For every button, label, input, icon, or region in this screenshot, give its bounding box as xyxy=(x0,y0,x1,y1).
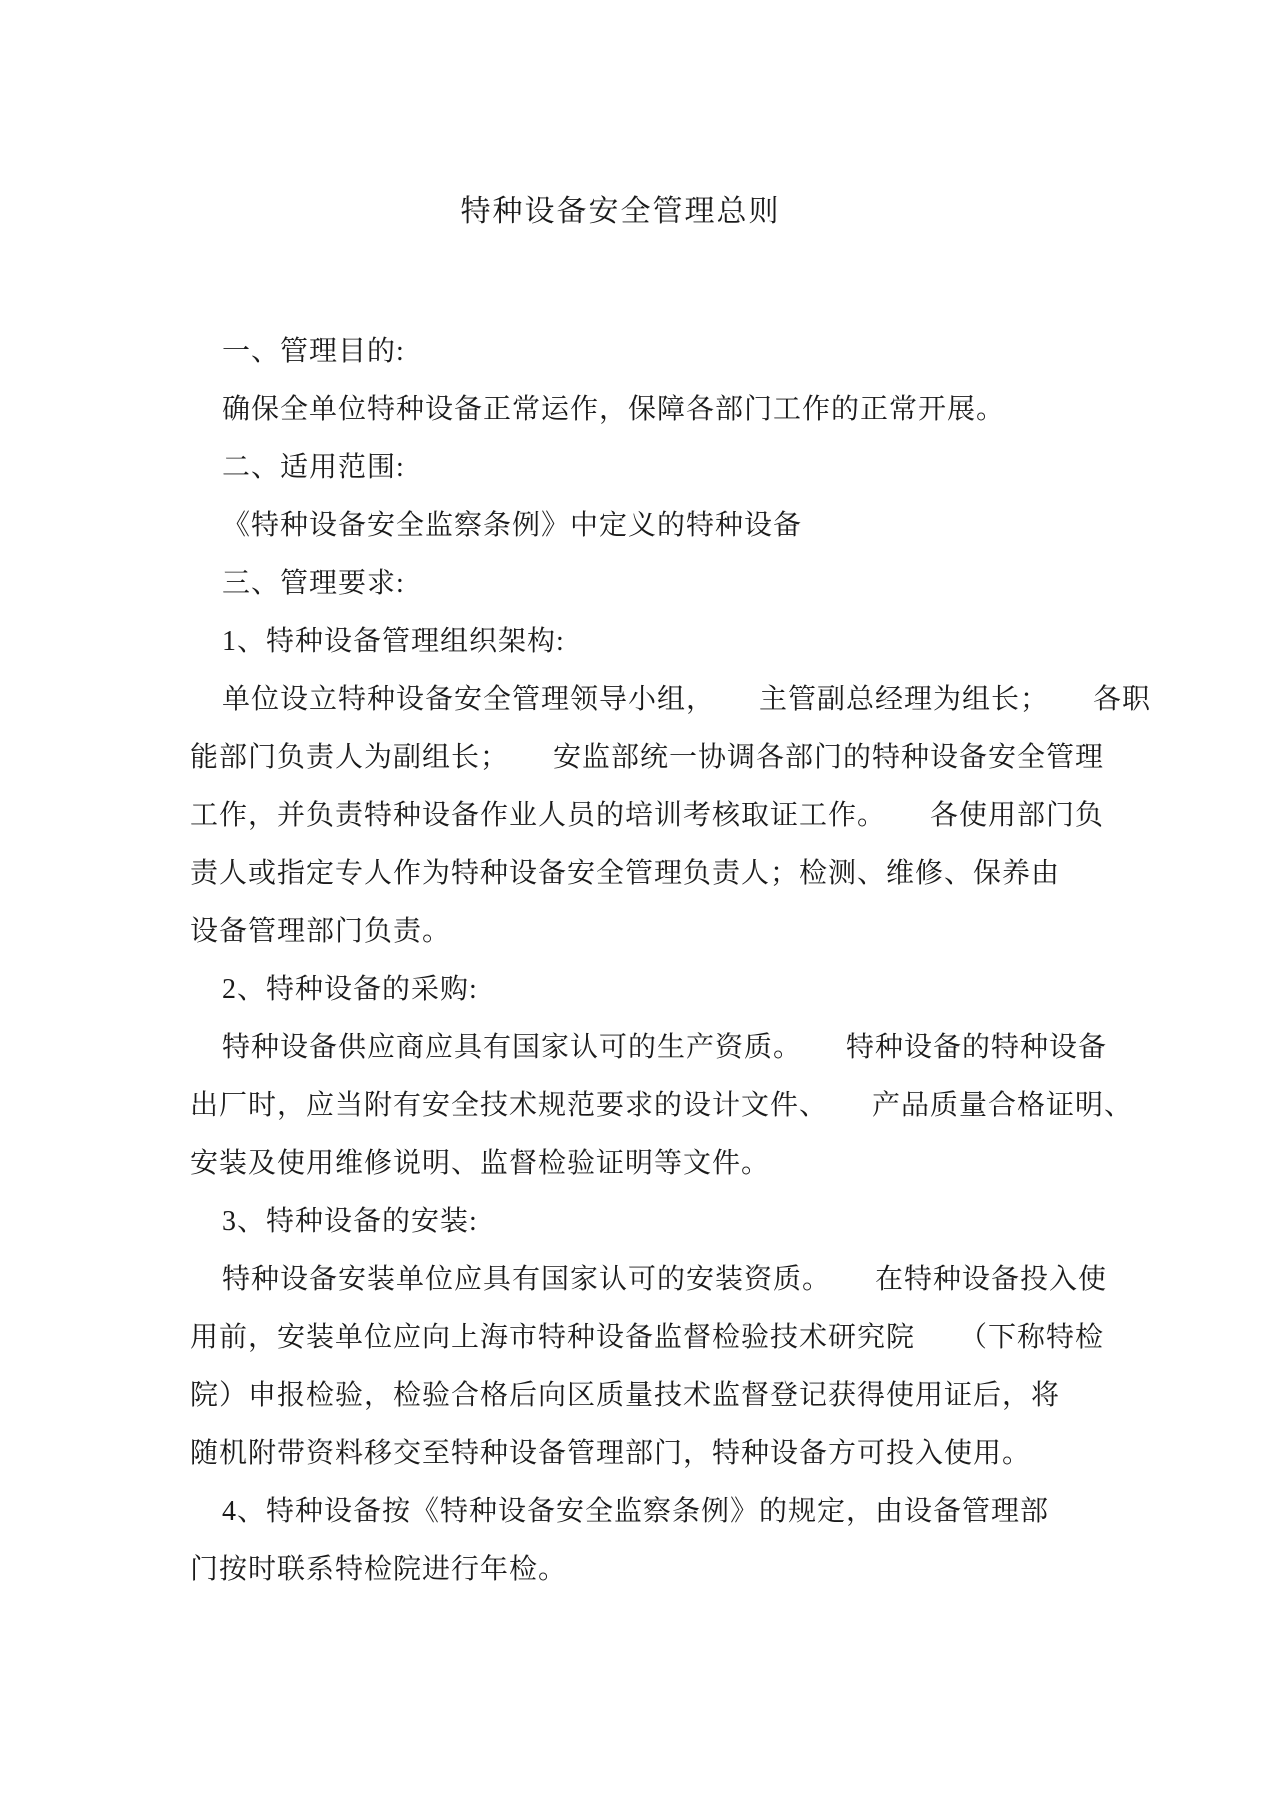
text-line: 门按时联系特检院进行年检。 xyxy=(190,1541,1155,1599)
text-line: 责人或指定专人作为特种设备安全管理负责人；检测、维修、保养由 xyxy=(190,845,1155,903)
text-line: 出厂时，应当附有安全技术规范要求的设计文件、 产品质量合格证明、 xyxy=(190,1077,1155,1135)
text-line: 2、特种设备的采购: xyxy=(190,961,1155,1019)
text-line: 单位设立特种设备安全管理领导小组， 主管副总经理为组长； 各职 xyxy=(190,671,1155,729)
text-line: 一、管理目的: xyxy=(190,323,1155,381)
document-body: 一、管理目的:确保全单位特种设备正常运作，保障各部门工作的正常开展。二、适用范围… xyxy=(0,323,1275,1599)
text-line: 《特种设备安全监察条例》中定义的特种设备 xyxy=(190,497,1155,555)
text-line: 三、管理要求: xyxy=(190,555,1155,613)
text-line: 3、特种设备的安装: xyxy=(190,1193,1155,1251)
document-title: 特种设备安全管理总则 xyxy=(0,0,1275,233)
document-page: 特种设备安全管理总则 一、管理目的:确保全单位特种设备正常运作，保障各部门工作的… xyxy=(0,0,1275,1804)
text-line: 设备管理部门负责。 xyxy=(190,903,1155,961)
text-line: 特种设备安装单位应具有国家认可的安装资质。 在特种设备投入使 xyxy=(190,1251,1155,1309)
text-line: 院）申报检验，检验合格后向区质量技术监督登记获得使用证后，将 xyxy=(190,1367,1155,1425)
text-line: 确保全单位特种设备正常运作，保障各部门工作的正常开展。 xyxy=(190,381,1155,439)
text-line: 1、特种设备管理组织架构: xyxy=(190,613,1155,671)
text-line: 能部门负责人为副组长； 安监部统一协调各部门的特种设备安全管理 xyxy=(190,729,1155,787)
text-line: 二、适用范围: xyxy=(190,439,1155,497)
text-line: 随机附带资料移交至特种设备管理部门，特种设备方可投入使用。 xyxy=(190,1425,1155,1483)
text-line: 用前，安装单位应向上海市特种设备监督检验技术研究院 （下称特检 xyxy=(190,1309,1155,1367)
text-line: 工作，并负责特种设备作业人员的培训考核取证工作。 各使用部门负 xyxy=(190,787,1155,845)
text-line: 4、特种设备按《特种设备安全监察条例》的规定，由设备管理部 xyxy=(190,1483,1155,1541)
text-line: 特种设备供应商应具有国家认可的生产资质。 特种设备的特种设备 xyxy=(190,1019,1155,1077)
text-line: 安装及使用维修说明、监督检验证明等文件。 xyxy=(190,1135,1155,1193)
